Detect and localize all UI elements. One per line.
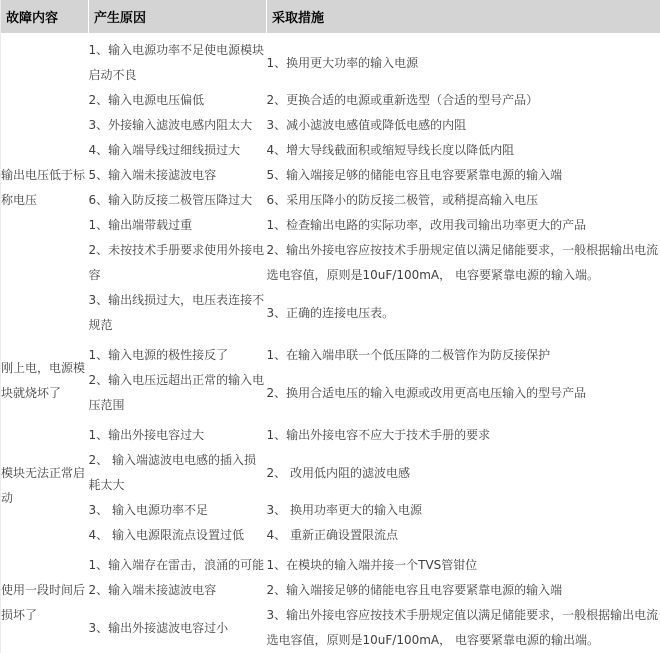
cause-cell: 1、输出端带载过重 [89,213,267,238]
cause-cell: 1、输出外接电容过大 [89,418,267,448]
cause-cell: 3、外接输入滤波电感内阻太大 [89,113,267,138]
table-row: 刚上电，电源模块就烧坏了1、输入电源的极性接反了1、在输入端串联一个低压降的二极… [1,338,660,368]
table-row: 2、 输入端滤波电电感的插入损耗太大2、 改用低内阻的滤波电感 [1,448,660,498]
cause-cell: 1、输入端存在雷击，浪涌的可能 [89,548,267,578]
cause-cell: 1、输入电源的极性接反了 [89,338,267,368]
measure-cell: 2、 改用低内阻的滤波电感 [267,448,660,498]
fault-cell: 使用一段时间后损坏了 [1,548,89,653]
cause-cell: 5、输入端未接滤波电容 [89,163,267,188]
troubleshooting-table: 故障内容 产生原因 采取措施 输出电压低于标称电压1、输入电源功率不足使电源模块… [0,0,660,653]
cause-cell: 3、 输入电源功率不足 [89,498,267,523]
table-row: 模块无法正常启动1、输出外接电容过大1、输出外接电容不应大于技术手册的要求 [1,418,660,448]
table-row: 3、输出线损过大，电压表连接不规范3、正确的连接电压表。 [1,288,660,338]
measure-cell: 2、输出外接电容应按技术手册规定值以满足储能要求，一般根据输出电流选电容值，原则… [267,238,660,288]
measure-cell: 1、检查输出电路的实际功率，改用我司输出功率更大的产品 [267,213,660,238]
table-row: 2、输入端未接滤波电容2、输入端接足够的储能电容且电容要紧靠电源的输入端 [1,578,660,603]
cause-cell: 1、输入电源功率不足使电源模块启动不良 [89,33,267,88]
cause-cell: 2、 输入端滤波电电感的插入损耗太大 [89,448,267,498]
measure-cell: 5、输入端接足够的储能电容且电容要紧靠电源的输入端 [267,163,660,188]
cause-cell: 2、输入端未接滤波电容 [89,578,267,603]
measure-cell: 1、换用更大功率的输入电源 [267,33,660,88]
header-row: 故障内容 产生原因 采取措施 [1,0,660,33]
cause-cell: 4、输入端导线过细线损过大 [89,138,267,163]
measure-cell: 2、输入端接足够的储能电容且电容要紧靠电源的输入端 [267,578,660,603]
measure-cell: 1、在模块的输入端并接一个TVS管钳位 [267,548,660,578]
table-row: 4、输入端导线过细线损过大4、增大导线截面积或缩短导线长度以降低内阻 [1,138,660,163]
measure-cell: 3、正确的连接电压表。 [267,288,660,338]
fault-cell: 输出电压低于标称电压 [1,33,89,338]
table-row: 2、未按技术手册要求使用外接电容2、输出外接电容应按技术手册规定值以满足储能要求… [1,238,660,288]
cause-cell: 6、输入防反接二极管压降过大 [89,188,267,213]
measure-cell: 2、换用合适电压的输入电源或改用更高电压输入的型号产品 [267,368,660,418]
measure-cell: 4、增大导线截面积或缩短导线长度以降低内阻 [267,138,660,163]
page: 故障内容 产生原因 采取措施 输出电压低于标称电压1、输入电源功率不足使电源模块… [0,0,660,653]
measure-cell: 4、 重新正确设置限流点 [267,523,660,548]
column-header-measure: 采取措施 [267,0,660,33]
table-row: 输出电压低于标称电压1、输入电源功率不足使电源模块启动不良1、换用更大功率的输入… [1,33,660,88]
cause-cell: 3、输出线损过大，电压表连接不规范 [89,288,267,338]
fault-cell: 刚上电，电源模块就烧坏了 [1,338,89,418]
table-header: 故障内容 产生原因 采取措施 [1,0,660,33]
table-row: 4、 输入电源限流点设置过低4、 重新正确设置限流点 [1,523,660,548]
measure-cell: 1、在输入端串联一个低压降的二极管作为防反接保护 [267,338,660,368]
table-row: 1、输出端带载过重1、检查输出电路的实际功率，改用我司输出功率更大的产品 [1,213,660,238]
table-row: 3、 输入电源功率不足3、 换用功率更大的输入电源 [1,498,660,523]
table-row: 3、输出外接滤波电容过小3、输出外接电容应按技术手册规定值以满足储能要求，一般根… [1,603,660,653]
cause-cell: 4、 输入电源限流点设置过低 [89,523,267,548]
measure-cell: 6、采用压降小的防反接二极管，或稍提高输入电压 [267,188,660,213]
table-row: 3、外接输入滤波电感内阻太大3、减小滤波电感值或降低电感的内阻 [1,113,660,138]
table-row: 2、输入电源电压偏低2、更换合适的电源或重新选型（合适的型号产品） [1,88,660,113]
cause-cell: 3、输出外接滤波电容过小 [89,603,267,653]
fault-cell: 模块无法正常启动 [1,418,89,548]
measure-cell: 3、输出外接电容应按技术手册规定值以满足储能要求，一般根据输出电流选电容值，原则… [267,603,660,653]
cause-cell: 2、输入电源电压偏低 [89,88,267,113]
cause-cell: 2、输入电压远超出正常的输入电压范围 [89,368,267,418]
table-body: 输出电压低于标称电压1、输入电源功率不足使电源模块启动不良1、换用更大功率的输入… [1,33,660,653]
table-row: 2、输入电压远超出正常的输入电压范围2、换用合适电压的输入电源或改用更高电压输入… [1,368,660,418]
column-header-cause: 产生原因 [89,0,267,33]
table-row: 5、输入端未接滤波电容5、输入端接足够的储能电容且电容要紧靠电源的输入端 [1,163,660,188]
measure-cell: 1、输出外接电容不应大于技术手册的要求 [267,418,660,448]
measure-cell: 3、减小滤波电感值或降低电感的内阻 [267,113,660,138]
table-row: 6、输入防反接二极管压降过大6、采用压降小的防反接二极管，或稍提高输入电压 [1,188,660,213]
column-header-fault: 故障内容 [1,0,89,33]
measure-cell: 3、 换用功率更大的输入电源 [267,498,660,523]
measure-cell: 2、更换合适的电源或重新选型（合适的型号产品） [267,88,660,113]
cause-cell: 2、未按技术手册要求使用外接电容 [89,238,267,288]
table-row: 使用一段时间后损坏了1、输入端存在雷击，浪涌的可能1、在模块的输入端并接一个TV… [1,548,660,578]
